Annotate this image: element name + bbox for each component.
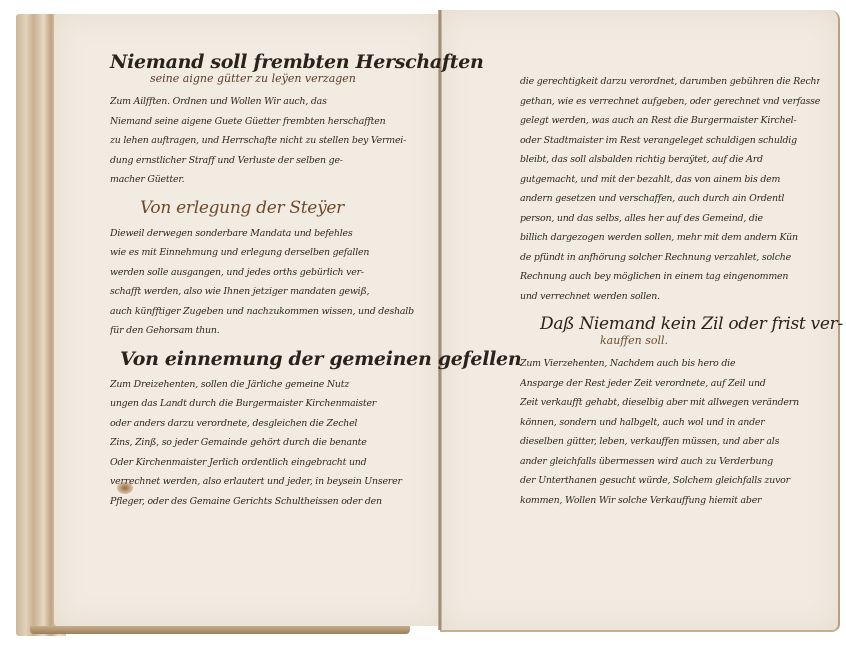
text-line: Zum Ailfften. Ordnen und Wollen Wir auch…	[110, 92, 420, 112]
text-line: werden solle ausgangen, und jedes orths …	[110, 263, 420, 283]
book-bottom-edge	[30, 626, 410, 634]
text-line: Zum Vierzehenten, Nachdem auch bis hero …	[520, 354, 820, 374]
text-line: zu lehen auftragen, und Herrschafte nich…	[110, 131, 420, 151]
paragraph-thirteenth: Zum Dreizehenten, sollen die Järliche ge…	[110, 375, 420, 512]
text-line: Pfleger, oder des Gemaine Gerichts Schul…	[110, 492, 420, 512]
text-line: Zeit verkaufft gehabt, dieselbig aber mi…	[520, 393, 820, 413]
text-line: schafft werden, also wie Ihnen jetziger …	[110, 282, 420, 302]
paragraph-rechnung: die gerechtigkeit darzu verordnet, darum…	[520, 72, 820, 306]
text-line: Ansparge der Rest jeder Zeit verordnete,…	[520, 374, 820, 394]
text-line: andern gesetzen und verschaffen, auch du…	[520, 189, 820, 209]
text-line: oder Stadtmaister im Rest verangeleget s…	[520, 131, 820, 151]
heading-steyer: Von erlegung der Steÿer	[110, 198, 420, 218]
paragraph-fourteenth: Zum Vierzehenten, Nachdem auch bis hero …	[520, 354, 820, 510]
text-line: gutgemacht, und mit der bezahlt, das von…	[520, 170, 820, 190]
text-line: Zins, Zinß, so jeder Gemainde gehört dur…	[110, 433, 420, 453]
text-line: auch künfftiger Zugeben und nachzukommen…	[110, 302, 420, 322]
text-line: die gerechtigkeit darzu verordnet, darum…	[520, 72, 820, 92]
heading-zil-oder-frist-cont: kauffen soll.	[520, 334, 820, 348]
heading-niemand-soll-sub: seine aigne gütter zu leÿen verzagen	[110, 72, 420, 86]
text-line: Oder Kirchenmaister Jerlich ordentlich e…	[110, 453, 420, 473]
heading-gefellen: Von einnemung der gemeinen gefellen	[110, 349, 420, 369]
text-line: und verrechnet werden sollen.	[520, 287, 820, 307]
text-line: Niemand seine aigene Guete Güetter fremb…	[110, 112, 420, 132]
text-line: der Unterthanen gesucht würde, Solchem g…	[520, 471, 820, 491]
text-line: de pfündt in anfhörung solcher Rechnung …	[520, 248, 820, 268]
text-line: oder anders darzu verordnete, desgleiche…	[110, 414, 420, 434]
text-line: Dieweil derwegen sonderbare Mandata und …	[110, 224, 420, 244]
text-line: wie es mit Einnehmung und erlegung derse…	[110, 243, 420, 263]
text-line: person, und das selbs, alles her auf des…	[520, 209, 820, 229]
text-line: Zum Dreizehenten, sollen die Järliche ge…	[110, 375, 420, 395]
text-line: können, sondern und halbgelt, auch wol u…	[520, 413, 820, 433]
text-line: dung ernstlicher Straff und Verluste der…	[110, 151, 420, 171]
paragraph-eleventh: Zum Ailfften. Ordnen und Wollen Wir auch…	[110, 92, 420, 190]
text-line: macher Güetter.	[110, 170, 420, 190]
manuscript-book: Niemand soll frembten Herschaften seine …	[0, 0, 846, 650]
text-line: kommen, Wollen Wir solche Verkauffung hi…	[520, 491, 820, 511]
text-line: dieselben gütter, leben, verkauffen müss…	[520, 432, 820, 452]
text-line: Rechnung auch bey möglichen in einem tag…	[520, 267, 820, 287]
book-gutter	[438, 10, 442, 630]
text-line: ungen das Landt durch die Burgermaister …	[110, 394, 420, 414]
text-line: verrechnet werden, also erlautert und je…	[110, 472, 420, 492]
text-line: bleibt, das soll alsbalden richtig beraÿ…	[520, 150, 820, 170]
left-page-text: Niemand soll frembten Herschaften seine …	[110, 52, 420, 519]
text-line: gethan, wie es verrechnet aufgeben, oder…	[520, 92, 820, 112]
text-line: ander gleichfalls übermessen wird auch z…	[520, 452, 820, 472]
text-line: für den Gehorsam thun.	[110, 321, 420, 341]
right-page-text: die gerechtigkeit darzu verordnet, darum…	[520, 72, 820, 518]
text-line: billich dargezogen werden sollen, mehr m…	[520, 228, 820, 248]
text-line: gelegt werden, was auch an Rest die Burg…	[520, 111, 820, 131]
heading-zil-oder-frist: Daß Niemand kein Zil oder frist ver-	[520, 314, 820, 334]
paragraph-steyer: Dieweil derwegen sonderbare Mandata und …	[110, 224, 420, 341]
heading-niemand-soll: Niemand soll frembten Herschaften	[110, 52, 420, 72]
